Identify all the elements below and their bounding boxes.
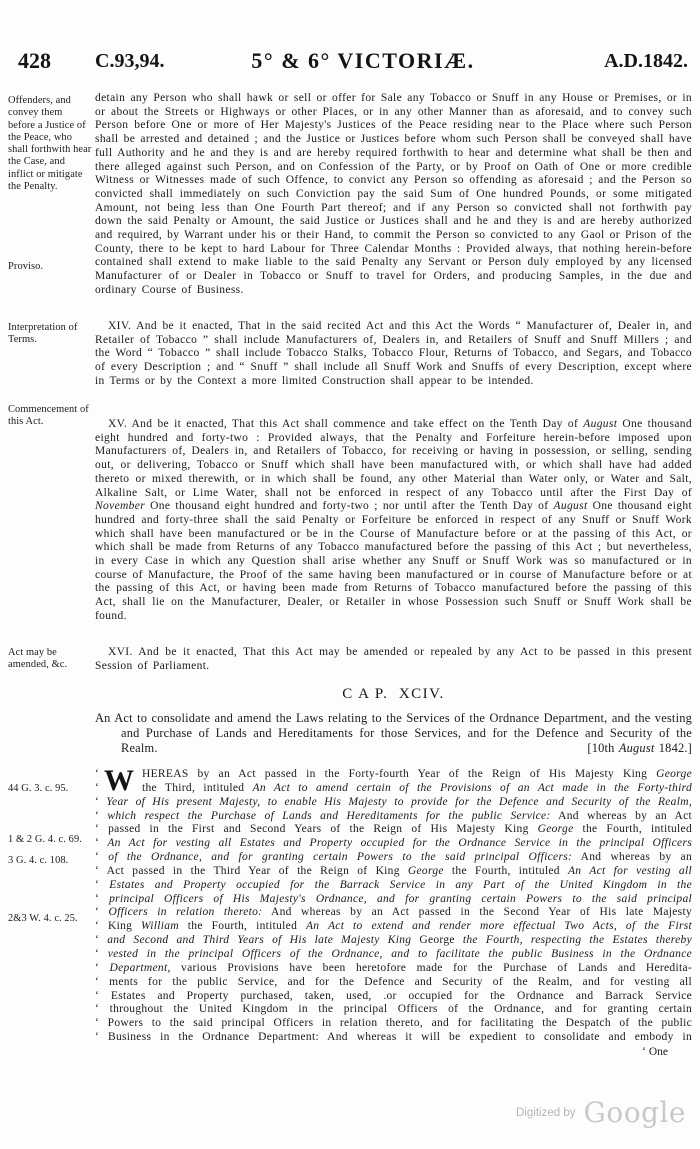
whereas-line: ‘ vested in the principal Officers of th… — [95, 948, 692, 962]
whereas-line: ‘ which respect the Purchase of Lands an… — [95, 810, 692, 824]
whereas-lines: HEREAS by an Act passed in the Forty-fou… — [95, 768, 692, 1045]
act-title: An Act to consolidate and amend the Laws… — [95, 711, 692, 757]
margin-column: Offenders, and convey them before a Just… — [8, 0, 94, 1149]
google-logo: Google — [583, 1096, 686, 1129]
margin-note: Commencement of this Act. — [8, 404, 92, 429]
whereas-line: ‘ Department, various Provisions have be… — [95, 962, 692, 976]
whereas-block: W ‘‘ HEREAS by an Act passed in the Fort… — [95, 768, 692, 1060]
whereas-line: ‘ An Act for vesting all Estates and Pro… — [95, 837, 692, 851]
whereas-line: ‘ throughout the United Kingdom in the p… — [95, 1003, 692, 1017]
act-date: [10th August 1842.] — [587, 741, 692, 756]
statute-paragraph: detain any Person who shall hawk or sell… — [95, 92, 692, 298]
margin-note: 3 G. 4. c. 108. — [8, 855, 92, 867]
whereas-line: ‘ Business in the Ordnance Department: A… — [95, 1031, 692, 1045]
whereas-line: ‘ ments for the public Service, and for … — [95, 976, 692, 990]
digitized-watermark: Digitized by Google — [516, 1096, 686, 1129]
catchword: ‘ One — [95, 1046, 692, 1060]
whereas-line: ‘ Officers in relation thereto: And wher… — [95, 906, 692, 920]
margin-note: 2&3 W. 4. c. 25. — [8, 913, 92, 925]
whereas-line: ‘ of the Ordnance, and for granting cert… — [95, 851, 692, 865]
margin-note: Act may be amended, &c. — [8, 647, 92, 672]
body-column: detain any Person who shall hawk or sell… — [95, 0, 692, 1149]
whereas-line: ‘ principal Officers of His Majesty's Or… — [95, 893, 692, 907]
whereas-line: ‘ passed in the First and Second Years o… — [95, 823, 692, 837]
margin-note: Interpretation of Terms. — [8, 322, 92, 347]
whereas-line: ‘ Powers to the said principal Officers … — [95, 1017, 692, 1031]
margin-note: Offenders, and convey them before a Just… — [8, 95, 92, 193]
whereas-line: the Third, intituled An Act to amend cer… — [95, 782, 692, 796]
whereas-line: HEREAS by an Act passed in the Forty-fou… — [95, 768, 692, 782]
statute-paragraph: XVI. And be it enacted, That this Act ma… — [95, 646, 692, 673]
whereas-line: ‘ Estates and Property occupied for the … — [95, 879, 692, 893]
scanned-page: 428 C.93,94. 5° & 6° VICTORIÆ. A.D.1842.… — [0, 0, 700, 1149]
margin-note: Proviso. — [8, 261, 92, 273]
margin-note: 44 G. 3. c. 95. — [8, 783, 92, 795]
margin-note: 1 & 2 G. 4. c. 69. — [8, 834, 92, 846]
whereas-line: ‘ Estates and Property purchased, taken,… — [95, 990, 692, 1004]
statute-paragraph: XV. And be it enacted, That this Act sha… — [95, 418, 692, 624]
whereas-line: ‘ and Second and Third Years of His late… — [95, 934, 692, 948]
statute-paragraph: XIV. And be it enacted, That in the said… — [95, 320, 692, 389]
chapter-heading: C A P. XCIV. — [95, 686, 692, 703]
whereas-line: ‘ Year of His present Majesty, to enable… — [95, 796, 692, 810]
whereas-line: ‘ Act passed in the Third Year of the Re… — [95, 865, 692, 879]
whereas-line: ‘ King William the Fourth, intituled An … — [95, 920, 692, 934]
digitized-by-label: Digitized by — [516, 1107, 575, 1119]
